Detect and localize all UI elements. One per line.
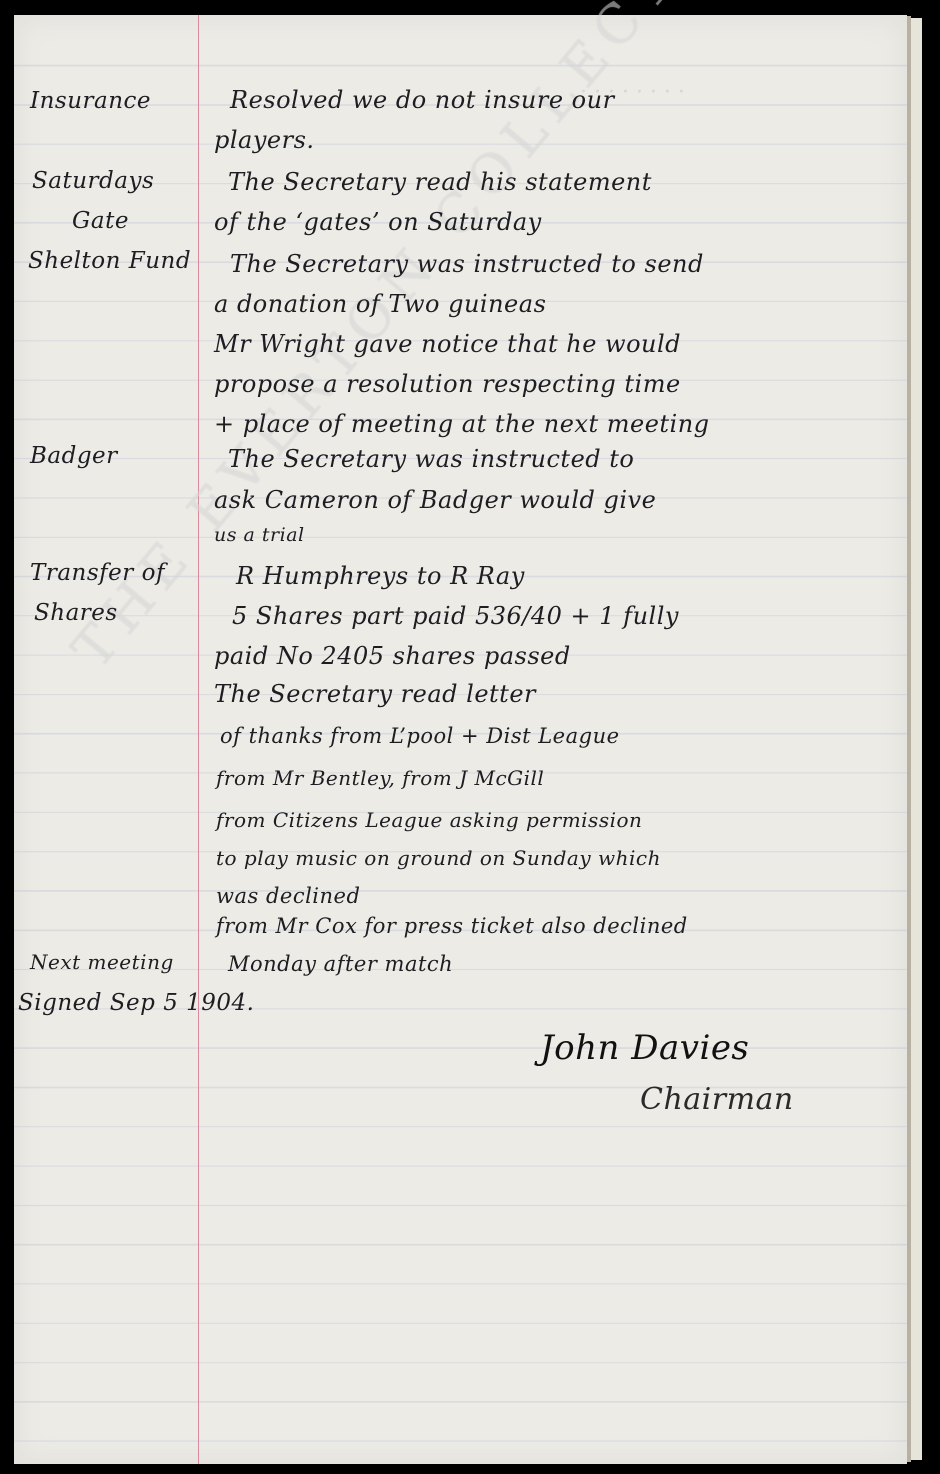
- margin-note-insurance: Insurance: [30, 88, 151, 114]
- margin-note-gate: Gate: [72, 208, 129, 234]
- minute-line: players.: [214, 126, 315, 154]
- minute-line: propose a resolution respecting time: [214, 370, 681, 398]
- minute-line: a donation of Two guineas: [214, 290, 546, 318]
- minute-line: was declined: [216, 884, 360, 908]
- minute-line: The Secretary was instructed to send: [230, 250, 704, 278]
- margin-note-shares: Shares: [34, 600, 118, 626]
- minute-line: of thanks from L’pool + Dist League: [220, 724, 620, 748]
- minute-line: The Secretary was instructed to: [228, 445, 634, 473]
- minute-line: us a trial: [214, 524, 305, 546]
- minute-line: + place of meeting at the next meeting: [214, 410, 710, 438]
- margin-note-badger: Badger: [30, 443, 118, 469]
- signature-name: John Davies: [540, 1028, 749, 1068]
- minute-line: The Secretary read letter: [214, 680, 536, 708]
- minute-line: ask Cameron of Badger would give: [214, 486, 656, 514]
- minute-line: from Mr Cox for press ticket also declin…: [216, 914, 688, 938]
- minute-line: from Citizens League asking permission: [216, 808, 642, 832]
- minute-line: Monday after match: [228, 952, 453, 976]
- minute-line: The Secretary read his statement: [228, 168, 652, 196]
- red-margin-line: [198, 15, 199, 1464]
- minute-line: to play music on ground on Sunday which: [216, 846, 661, 870]
- margin-note-shelton-fund: Shelton Fund: [28, 248, 191, 274]
- minute-line: paid No 2405 shares passed: [214, 642, 571, 670]
- minute-line: Mr Wright gave notice that he would: [214, 330, 681, 358]
- signature-title: Chairman: [640, 1082, 794, 1117]
- margin-note-transfer-of: Transfer of: [30, 560, 165, 586]
- margin-note-saturdays: Saturdays: [32, 168, 154, 194]
- minute-line: 5 Shares part paid 536/40 + 1 fully: [232, 602, 679, 630]
- minute-line: Resolved we do not insure our: [230, 86, 615, 114]
- minute-line: of the ‘gates’ on Saturday: [214, 208, 542, 236]
- next-page-strip: [911, 18, 922, 1460]
- minute-line: from Mr Bentley, from J McGill: [216, 766, 544, 790]
- margin-note-next-meeting: Next meeting: [30, 950, 174, 974]
- margin-note-signed: Signed Sep 5 1904.: [18, 990, 254, 1016]
- minute-line: R Humphreys to R Ray: [236, 562, 525, 590]
